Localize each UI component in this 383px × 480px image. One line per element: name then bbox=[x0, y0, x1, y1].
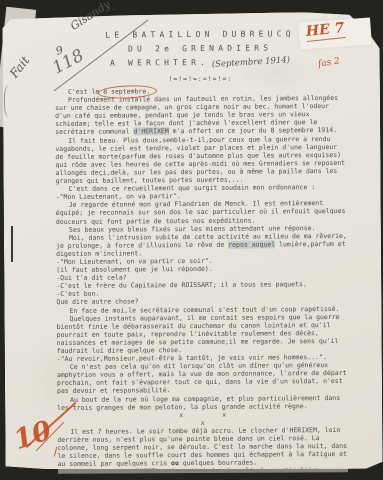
document-body: C'est le 8 septembre.Profondément instal… bbox=[55, 86, 349, 480]
paragraph: Il fait beau. Plus doux,semble-t-il,pour… bbox=[55, 134, 346, 185]
paragraph: Ce n'est pas cela qu'on dit lorsqu'on cl… bbox=[57, 361, 348, 395]
paper-sheet: LE BATAILLON DUBREUCQ DU 2e GRENADIERS A… bbox=[2, 12, 382, 472]
handwritten-date: (Septembre 1914) bbox=[212, 53, 291, 72]
paragraph: Quelques instants auparavant, il me cont… bbox=[57, 313, 348, 355]
paragraph: Au bout de la rue où loge ma compagnie, … bbox=[57, 393, 348, 411]
paragraph: Moi, dans l'intrusion subite de cette ac… bbox=[56, 232, 347, 258]
page-edge-mark bbox=[11, 226, 13, 262]
typed-separator: !=!=!=:=!=!=: bbox=[55, 74, 346, 84]
paragraph: Profondément installé dans un fauteuil e… bbox=[55, 94, 346, 136]
pencil-arc bbox=[4, 84, 15, 118]
typed-content: LE BATAILLON DUBREUCQ DU 2e GRENADIERS A… bbox=[55, 27, 349, 480]
scanned-page: LE BATAILLON DUBREUCQ DU 2e GRENADIERS A… bbox=[0, 0, 383, 480]
paragraph: Je regarde étonné mon grad Flandrien de … bbox=[56, 199, 347, 225]
paragraph: Il est 7 heures. Le soir tombe déjà accr… bbox=[57, 426, 348, 468]
